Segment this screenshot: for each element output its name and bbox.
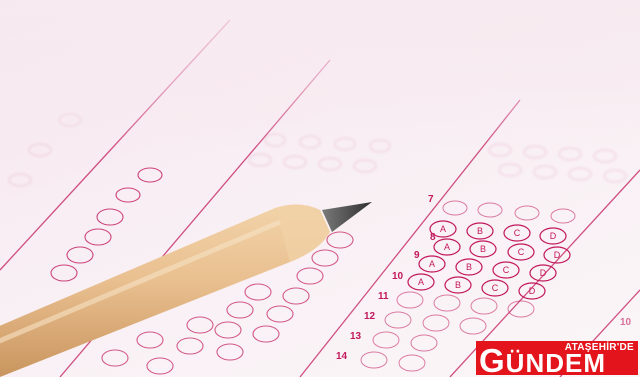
svg-text:10: 10: [620, 317, 632, 328]
svg-text:B: B: [477, 226, 483, 236]
svg-text:A: A: [440, 224, 446, 234]
answer-sheet-graphic: ABCD ABCD ABCD ABCD 7 8 9 10 11 12 13 14: [0, 0, 640, 377]
bubbles-blurred: [9, 114, 626, 186]
svg-text:C: C: [518, 247, 525, 257]
svg-text:D: D: [540, 268, 547, 278]
svg-text:14: 14: [336, 351, 348, 362]
svg-text:B: B: [480, 244, 486, 254]
svg-text:A: A: [444, 242, 450, 252]
svg-text:D: D: [554, 250, 561, 260]
answer-sheet-photo: ABCD ABCD ABCD ABCD 7 8 9 10 11 12 13 14: [0, 0, 640, 377]
svg-text:9: 9: [414, 250, 420, 261]
pencil-lead: [322, 202, 372, 232]
svg-text:B: B: [455, 280, 461, 290]
svg-text:A: A: [429, 259, 435, 269]
svg-text:D: D: [550, 231, 557, 241]
svg-text:A: A: [418, 277, 424, 287]
svg-text:C: C: [514, 228, 521, 238]
svg-text:10: 10: [392, 271, 404, 282]
watermark-logo: ATAŞEHİR'DE GÜNDEM: [476, 341, 638, 375]
svg-text:12: 12: [364, 311, 376, 322]
svg-text:D: D: [529, 286, 536, 296]
svg-text:13: 13: [350, 331, 362, 342]
bubble-letters-main: ABCD ABCD ABCD ABCD: [418, 224, 561, 296]
svg-text:C: C: [492, 283, 499, 293]
watermark-main-text: GÜNDEM: [479, 347, 606, 375]
svg-text:8: 8: [430, 232, 436, 243]
svg-text:11: 11: [378, 291, 389, 302]
right-column-numbers: 10: [620, 317, 632, 328]
svg-text:B: B: [466, 262, 472, 272]
svg-text:7: 7: [428, 194, 434, 205]
svg-text:C: C: [503, 265, 510, 275]
